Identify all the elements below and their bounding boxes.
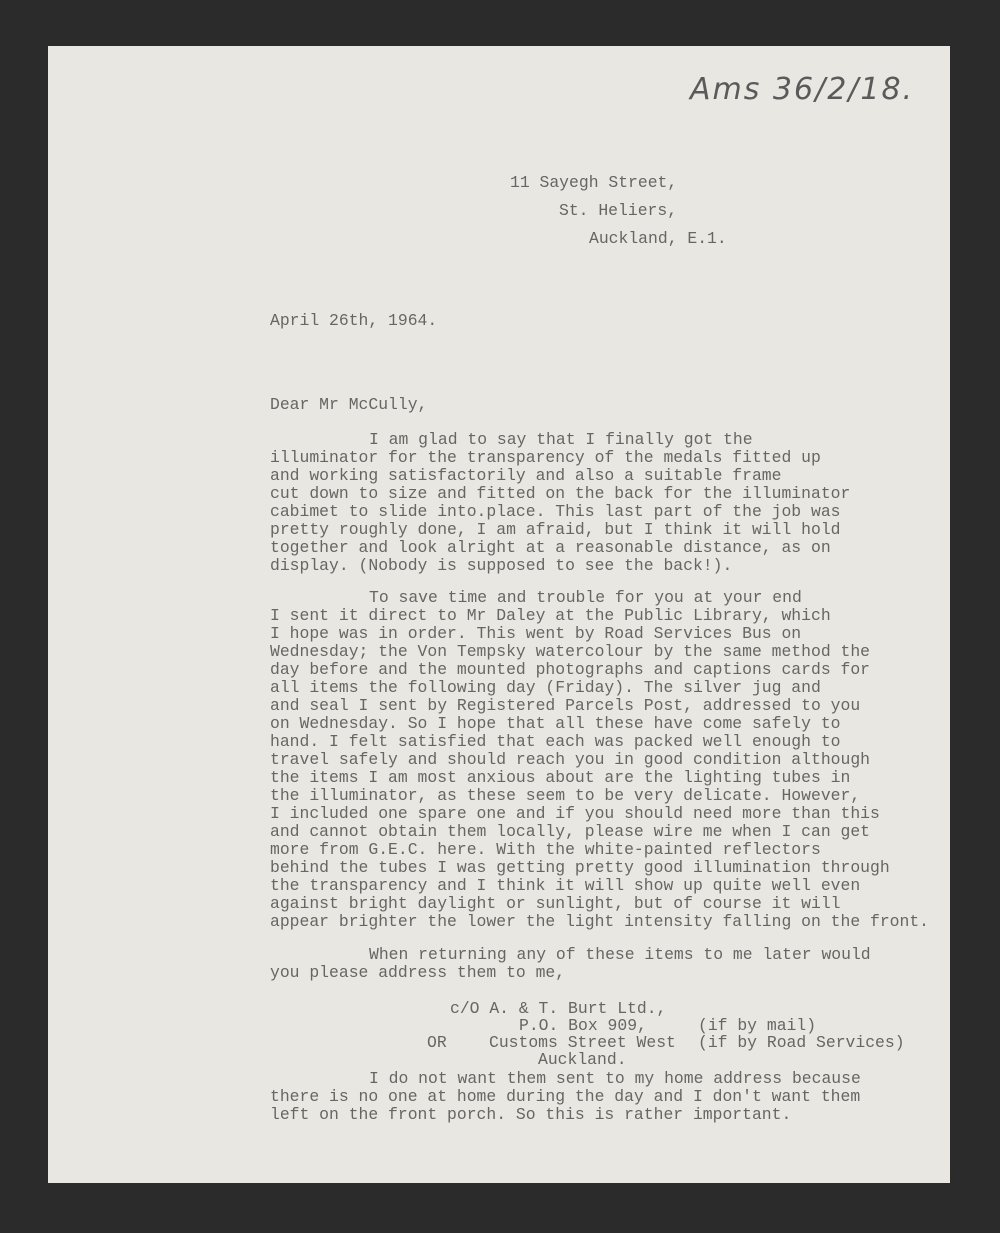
paragraph-1-line: pretty roughly done, I am afraid, but I …: [270, 521, 841, 539]
paragraph-2-line: travel safely and should reach you in go…: [270, 751, 870, 769]
return-address-line-4: Auckland.: [538, 1051, 627, 1069]
paragraph-2-line: and cannot obtain them locally, please w…: [270, 823, 870, 841]
paragraph-2-line: the transparency and I think it will sho…: [270, 877, 860, 895]
paragraph-1-line: display. (Nobody is supposed to see the …: [270, 557, 732, 575]
closing-paragraph-line: there is no one at home during the day a…: [270, 1088, 860, 1106]
paragraph-2-line: I included one spare one and if you shou…: [270, 805, 880, 823]
sender-address-line-1: 11 Sayegh Street,: [510, 174, 677, 192]
return-address-or: OR: [427, 1034, 447, 1052]
paragraph-3-line: When returning any of these items to me …: [369, 946, 871, 964]
paragraph-2-line: the illuminator, as these seem to be ver…: [270, 787, 860, 805]
paragraph-1-line: I am glad to say that I finally got the: [369, 431, 753, 449]
paragraph-2-line: Wednesday; the Von Tempsky watercolour b…: [270, 643, 870, 661]
paragraph-2-line: To save time and trouble for you at your…: [369, 589, 802, 607]
paragraph-1-line: together and look alright at a reasonabl…: [270, 539, 831, 557]
closing-paragraph-line: left on the front porch. So this is rath…: [270, 1106, 791, 1124]
paragraph-2-line: appear brighter the lower the light inte…: [270, 913, 929, 931]
paragraph-1-line: and working satisfactorily and also a su…: [270, 467, 781, 485]
paragraph-2-line: and seal I sent by Registered Parcels Po…: [270, 697, 860, 715]
paragraph-2-line: more from G.E.C. here. With the white-pa…: [270, 841, 821, 859]
paragraph-2-line: day before and the mounted photographs a…: [270, 661, 870, 679]
paragraph-2-line: I sent it direct to Mr Daley at the Publ…: [270, 607, 831, 625]
paragraph-2-line: behind the tubes I was getting pretty go…: [270, 859, 890, 877]
paragraph-2-line: all items the following day (Friday). Th…: [270, 679, 821, 697]
paragraph-2-line: hand. I felt satisfied that each was pac…: [270, 733, 841, 751]
sender-address-line-3: Auckland, E.1.: [589, 230, 727, 248]
paragraph-1-line: illuminator for the transparency of the …: [270, 449, 821, 467]
archive-reference: Ams 36/2/18.: [690, 72, 914, 107]
letter-date: April 26th, 1964.: [270, 312, 437, 330]
paragraph-1-line: cabimet to slide into.place. This last p…: [270, 503, 841, 521]
paragraph-2-line: on Wednesday. So I hope that all these h…: [270, 715, 841, 733]
paragraph-1-line: cut down to size and fitted on the back …: [270, 485, 850, 503]
paragraph-2-line: I hope was in order. This went by Road S…: [270, 625, 801, 643]
salutation: Dear Mr McCully,: [270, 396, 427, 414]
paragraph-3-line: you please address them to me,: [270, 964, 565, 982]
paragraph-2-line: the items I am most anxious about are th…: [270, 769, 850, 787]
return-address-note-road: (if by Road Services): [698, 1034, 905, 1052]
paragraph-2-line: against bright daylight or sunlight, but…: [270, 895, 841, 913]
closing-paragraph-line: I do not want them sent to my home addre…: [369, 1070, 861, 1088]
sender-address-line-2: St. Heliers,: [559, 202, 677, 220]
